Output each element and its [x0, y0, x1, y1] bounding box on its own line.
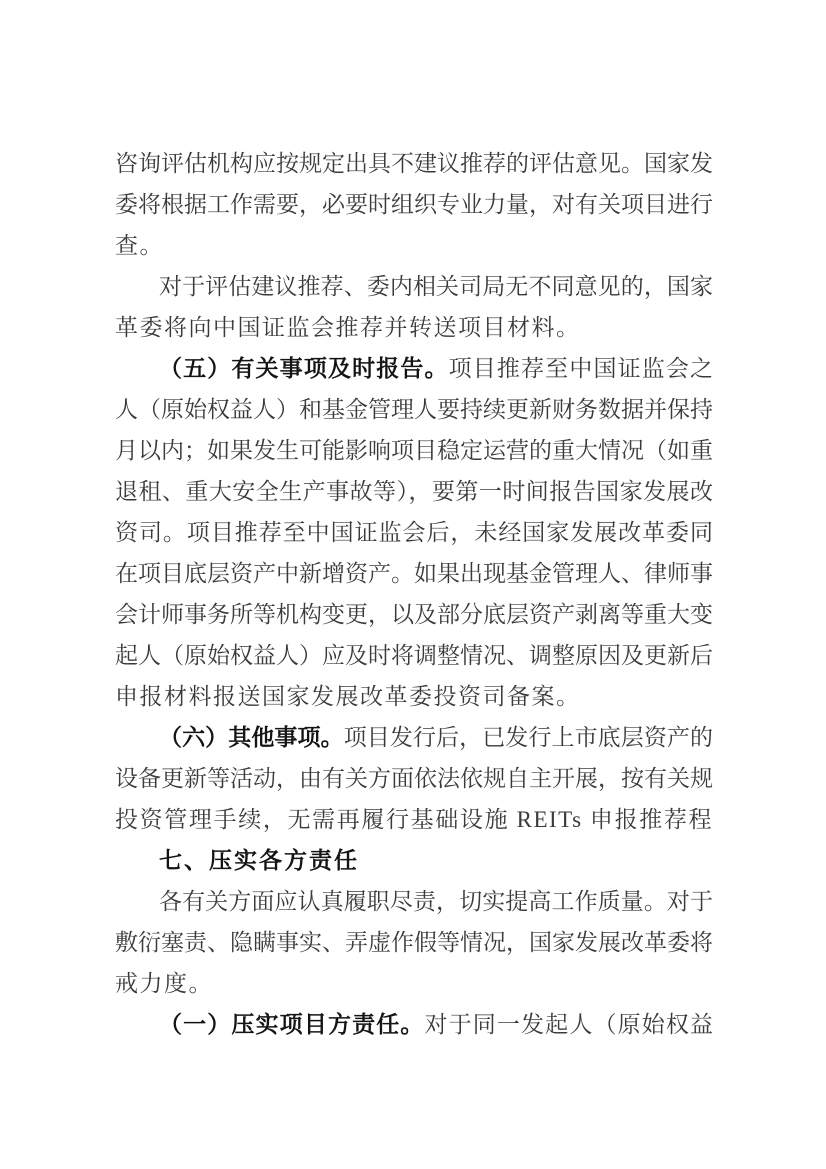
text-line: 起人（原始权益人）应及时将调整情况、调整原因及更新后的项目 [115, 635, 713, 676]
text-line: 资司。项目推荐至中国证监会后，未经国家发展改革委同意，不得 [115, 512, 713, 553]
text-line: 戒力度。 [115, 963, 713, 1004]
text-line: 设备更新等活动，由有关方面依法依规自主开展，按有关规定办理 [115, 758, 713, 799]
text-run: 会计师事务所等机构变更，以及部分底层资产剥离等重大变动，发 [115, 602, 713, 635]
text-run: 查。 [115, 233, 164, 258]
text-run: 申报材料报送国家发展改革委投资司备案。 [115, 684, 581, 709]
text-line: 革委将向中国证监会推荐并转送项目材料。 [115, 307, 713, 348]
text-run: 设备更新等活动，由有关方面依法依规自主开展，按有关规定办理 [115, 766, 713, 799]
text-run: 委将根据工作需要，必要时组织专业力量，对有关项目进行现场核 [115, 192, 713, 225]
bold-text-run: （六）其他事项。 [159, 725, 344, 750]
bold-text-run: 七、压实各方责任 [159, 847, 359, 873]
text-run: 人（原始权益人）和基金管理人要持续更新财务数据并保持在 6 个 [115, 397, 713, 430]
text-line: 委将根据工作需要，必要时组织专业力量，对有关项目进行现场核 [115, 184, 713, 225]
text-line: 对于评估建议推荐、委内相关司局无不同意见的，国家发展改 [115, 266, 713, 307]
bold-text-run: （五）有关事项及时报告。 [159, 356, 449, 381]
text-line: 会计师事务所等机构变更，以及部分底层资产剥离等重大变动，发 [115, 594, 713, 635]
text-run: 敷衍塞责、隐瞒事实、弄虚作假等情况，国家发展改革委将加大惩 [115, 930, 713, 963]
document-page: 咨询评估机构应按规定出具不建议推荐的评估意见。国家发展改革委将根据工作需要，必要… [0, 0, 826, 1169]
text-run: 对于评估建议推荐、委内相关司局无不同意见的，国家发展改 [159, 274, 713, 307]
text-line: 人（原始权益人）和基金管理人要持续更新财务数据并保持在 6 个 [115, 389, 713, 430]
section-heading: 七、压实各方责任 [115, 840, 713, 881]
text-line: 投资管理手续，无需再履行基础设施 REITs 申报推荐程序。 [115, 799, 713, 840]
text-run: 资司。项目推荐至中国证监会后，未经国家发展改革委同意，不得 [115, 520, 713, 553]
text-line: 月以内；如果发生可能影响项目稳定运营的重大情况（如重要客户 [115, 430, 713, 471]
text-line: 查。 [115, 225, 713, 266]
text-run: 革委将向中国证监会推荐并转送项目材料。 [115, 315, 581, 340]
text-line: 敷衍塞责、隐瞒事实、弄虚作假等情况，国家发展改革委将加大惩 [115, 922, 713, 963]
text-line: 各有关方面应认真履职尽责，切实提高工作质量。对于申报时 [115, 881, 713, 922]
text-run: 各有关方面应认真履职尽责，切实提高工作质量。对于申报时 [159, 889, 713, 922]
document-content: 咨询评估机构应按规定出具不建议推荐的评估意见。国家发展改革委将根据工作需要，必要… [115, 143, 713, 1045]
text-run: 咨询评估机构应按规定出具不建议推荐的评估意见。国家发展改革 [115, 151, 713, 184]
text-line: （五）有关事项及时报告。项目推荐至中国证监会之前，发起 [115, 348, 713, 389]
text-line: 申报材料报送国家发展改革委投资司备案。 [115, 676, 713, 717]
text-run: 起人（原始权益人）应及时将调整情况、调整原因及更新后的项目 [115, 643, 713, 676]
text-run: 戒力度。 [115, 971, 213, 996]
text-line: 咨询评估机构应按规定出具不建议推荐的评估意见。国家发展改革 [115, 143, 713, 184]
text-run: 退租、重大安全生产事故等），要第一时间报告国家发展改革委投 [115, 479, 713, 512]
text-line: （一）压实项目方责任。对于同一发起人（原始权益人）、基 [115, 1004, 713, 1045]
text-run: 月以内；如果发生可能影响项目稳定运营的重大情况（如重要客户 [115, 438, 713, 471]
bold-text-run: （一）压实项目方责任。 [159, 1012, 425, 1037]
text-run: 投资管理手续，无需再履行基础设施 REITs 申报推荐程序。 [115, 807, 713, 840]
text-line: 退租、重大安全生产事故等），要第一时间报告国家发展改革委投 [115, 471, 713, 512]
text-line: 在项目底层资产中新增资产。如果出现基金管理人、律师事务所、 [115, 553, 713, 594]
text-line: （六）其他事项。项目发行后，已发行上市底层资产的改扩建、 [115, 717, 713, 758]
text-run: 在项目底层资产中新增资产。如果出现基金管理人、律师事务所、 [115, 561, 713, 594]
